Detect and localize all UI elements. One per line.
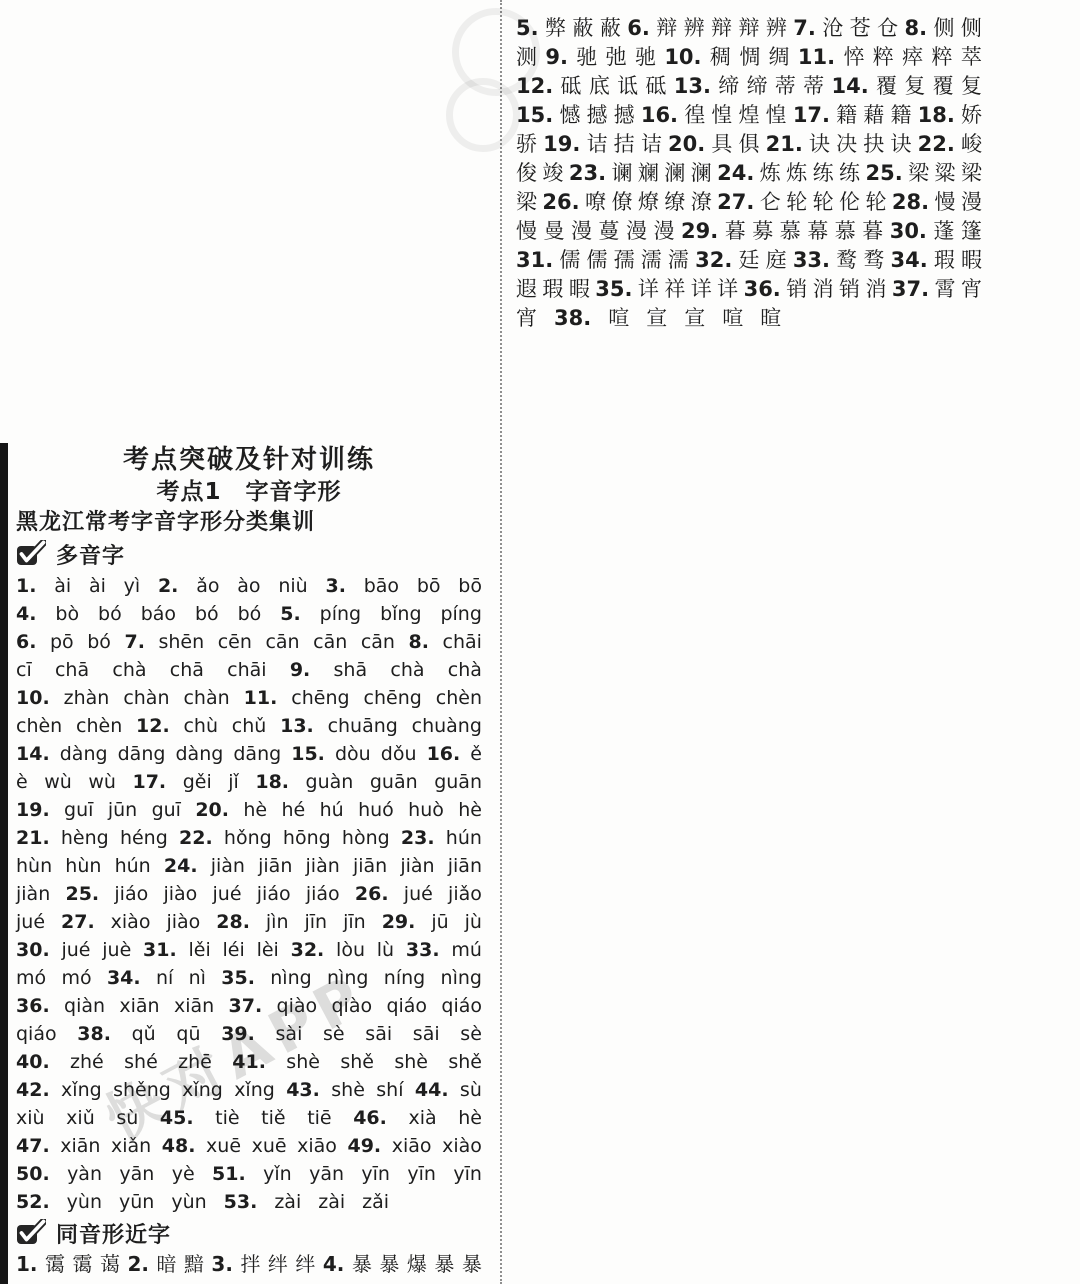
text-token: tiě	[261, 1104, 285, 1132]
item-number: 48.	[162, 1132, 196, 1160]
text-token: xǐng	[234, 1076, 275, 1104]
text-token: hǒng	[224, 824, 272, 852]
text-token: shā	[334, 656, 368, 684]
text-token: 拌	[240, 1250, 260, 1278]
text-token: xiāo	[297, 1132, 337, 1160]
text-token: yàn	[67, 1160, 102, 1188]
item-number: 43.	[286, 1076, 320, 1104]
text-token: hè	[458, 1104, 482, 1132]
text-token: yùn	[171, 1188, 206, 1216]
text-token: 稠	[710, 43, 731, 72]
text-token: 宵	[516, 304, 537, 333]
text-token: ào	[237, 572, 260, 600]
text-line: 测9.驰弛驰10.稠惆绸11.悴粹瘁粹萃	[516, 43, 982, 72]
item-number: 25.	[65, 880, 99, 908]
text-token: xǐng	[61, 1076, 102, 1104]
item-number: 11.	[244, 684, 278, 712]
text-token: 砥	[561, 72, 582, 101]
text-token: 宣	[684, 304, 705, 333]
text-token: 遐	[516, 275, 537, 304]
item-number: 27.	[717, 188, 754, 217]
text-token: hè	[458, 796, 482, 824]
text-token: 俱	[739, 130, 760, 159]
text-token: zhé	[70, 1048, 104, 1076]
text-token: nìng	[441, 964, 482, 992]
text-token: hùn	[16, 852, 52, 880]
text-token: chèn	[76, 712, 122, 740]
text-token: jiān	[258, 852, 292, 880]
item-number: 25.	[865, 159, 902, 188]
text-token: 霭	[45, 1250, 65, 1278]
text-token: 霭	[72, 1250, 92, 1278]
text-token: 诘	[587, 130, 608, 159]
left-column: 考点突破及针对训练 考点1 字音字形 黑龙江常考字音字形分类集训 多音字 1.à…	[16, 444, 482, 1278]
text-token: shě	[340, 1048, 374, 1076]
text-token: 谰	[611, 159, 632, 188]
text-token: 慕	[780, 217, 801, 246]
item-number: 33.	[793, 246, 830, 275]
item-number: 22.	[918, 130, 955, 159]
text-token: 篷	[961, 217, 982, 246]
item-number: 22.	[179, 824, 213, 852]
item-number: 4.	[16, 600, 36, 628]
item-number: 19.	[16, 796, 50, 824]
text-token: tiē	[307, 1104, 331, 1132]
item-number: 29.	[382, 908, 416, 936]
item-number: 33.	[406, 936, 440, 964]
text-token: tiè	[215, 1104, 239, 1132]
item-number: 5.	[516, 14, 539, 43]
item-number: 13.	[674, 72, 711, 101]
item-number: 31.	[516, 246, 553, 275]
text-line: xiùxiǔsù45.tiètiětiē46.xiàhè	[16, 1104, 482, 1132]
text-token: 辨	[766, 14, 787, 43]
text-token: nìng	[327, 964, 368, 992]
subsection-header-tongyin: 同音形近字	[16, 1216, 482, 1250]
item-number: 2.	[158, 572, 178, 600]
text-token: jīn	[305, 908, 328, 936]
text-token: bǐng	[380, 600, 421, 628]
item-number: 26.	[355, 880, 389, 908]
text-token: chāi	[227, 656, 266, 684]
text-token: 拮	[614, 130, 635, 159]
text-token: 籍	[890, 101, 911, 130]
item-number: 12.	[516, 72, 553, 101]
text-token: bó	[238, 600, 262, 628]
text-token: 详	[717, 275, 738, 304]
text-line: 1.霭霭蔼2.暗黯3.拌绊绊4.暴暴爆暴暴	[16, 1250, 482, 1278]
text-token: ài	[89, 572, 106, 600]
text-token: xiào	[111, 908, 151, 936]
section-header: 黑龙江常考字音字形分类集训	[16, 508, 482, 538]
text-line: jué27.xiàojiào28.jìnjīnjīn29.jūjù	[16, 908, 482, 936]
text-token: 燎	[638, 188, 659, 217]
text-line: 骄19.诘拮诘20.具俱21.诀决抉诀22.峻	[516, 130, 982, 159]
text-token: 霄	[935, 275, 956, 304]
item-number: 34.	[890, 246, 927, 275]
text-token: chèn	[436, 684, 482, 712]
text-token: juè	[102, 936, 131, 964]
text-token: 喧	[608, 304, 629, 333]
right-column: 5.弊蔽蔽6.辩辨辩辩辨7.沧苍仓8.侧侧测9.驰弛驰10.稠惆绸11.悴粹瘁粹…	[516, 14, 988, 333]
text-token: 诀	[809, 130, 830, 159]
text-token: shě	[448, 1048, 482, 1076]
text-token: jūn	[108, 796, 137, 824]
text-token: shěng	[113, 1076, 171, 1104]
item-number: 7.	[124, 628, 144, 656]
text-line: 梁26.嘹僚燎缭潦27.仑轮轮伦轮28.慢漫	[516, 188, 982, 217]
right-column-lines: 5.弊蔽蔽6.辩辨辩辩辨7.沧苍仓8.侧侧测9.驰弛驰10.稠惆绸11.悴粹瘁粹…	[516, 14, 982, 333]
text-token: nì	[189, 964, 206, 992]
text-token: 潦	[691, 188, 712, 217]
text-line: 12.砥底诋砥13.缔缔蒂蒂14.覆复覆复	[516, 72, 982, 101]
text-token: chēng	[291, 684, 349, 712]
text-token: 沧	[822, 14, 843, 43]
text-token: huò	[408, 796, 444, 824]
text-token: 漫	[571, 217, 592, 246]
item-number: 42.	[16, 1076, 50, 1104]
text-token: hú	[320, 796, 344, 824]
text-token: chàn	[183, 684, 229, 712]
text-token: 销	[839, 275, 860, 304]
text-token: bó	[87, 628, 111, 656]
item-number: 20.	[195, 796, 229, 824]
item-number: 46.	[353, 1104, 387, 1132]
text-token: shēn	[158, 628, 204, 656]
text-line: 30.juéjuè31.lěiléilèi32.lòulù33.mú	[16, 936, 482, 964]
text-token: xuē	[206, 1132, 241, 1160]
text-line: 52.yùnyūnyùn53.zàizàizǎi	[16, 1188, 482, 1216]
text-token: 仓	[877, 14, 898, 43]
text-token: jiān	[448, 852, 482, 880]
item-number: 13.	[280, 712, 314, 740]
text-token: 覆	[876, 72, 897, 101]
item-number: 27.	[61, 908, 95, 936]
text-token: 暗	[156, 1250, 176, 1278]
text-token: 廷	[739, 246, 760, 275]
item-number: 17.	[132, 768, 166, 796]
text-token: zǎi	[362, 1188, 389, 1216]
text-token: 底	[589, 72, 610, 101]
text-token: píng	[440, 600, 481, 628]
item-number: 32.	[695, 246, 732, 275]
text-token: 瑕	[542, 275, 563, 304]
text-token: xiù	[16, 1104, 45, 1132]
text-token: 驰	[576, 43, 597, 72]
text-token: 儒	[559, 246, 580, 275]
text-token: 慕	[835, 217, 856, 246]
text-line: 14.dàngdāngdàngdāng15.dòudǒu16.ě	[16, 740, 482, 768]
text-token: 决	[836, 130, 857, 159]
text-token: 暴	[462, 1250, 482, 1278]
item-number: 18.	[255, 768, 289, 796]
text-token: hùn	[65, 852, 101, 880]
text-token: qiào	[331, 992, 372, 1020]
text-token: jǐ	[228, 768, 239, 796]
text-token: 粹	[873, 43, 894, 72]
text-token: 缔	[718, 72, 739, 101]
text-token: 消	[865, 275, 886, 304]
text-token: 撼	[587, 101, 608, 130]
item-number: 5.	[280, 600, 300, 628]
item-number: 19.	[543, 130, 580, 159]
text-token: 测	[516, 43, 537, 72]
text-token: 鹜	[836, 246, 857, 275]
text-token: 伦	[839, 188, 860, 217]
text-token: niù	[278, 572, 307, 600]
text-token: jù	[465, 908, 482, 936]
text-token: 驰	[635, 43, 656, 72]
item-number: 11.	[798, 43, 835, 72]
text-token: jiàn	[306, 852, 340, 880]
item-number: 39.	[221, 1020, 255, 1048]
text-token: xiān	[119, 992, 159, 1020]
text-token: zài	[318, 1188, 345, 1216]
text-token: 轮	[786, 188, 807, 217]
text-token: 暮	[862, 217, 883, 246]
text-line: 5.弊蔽蔽6.辩辨辩辩辨7.沧苍仓8.侧侧	[516, 14, 982, 43]
text-line: hùnhùnhún24.jiànjiānjiànjiānjiànjiān	[16, 852, 482, 880]
text-token: mó	[61, 964, 91, 992]
text-token: 梁	[908, 159, 929, 188]
text-line: 15.憾撼撼16.徨惶煌惶17.籍藉籍18.娇	[516, 101, 982, 130]
text-token: 暴	[434, 1250, 454, 1278]
item-number: 44.	[415, 1076, 449, 1104]
text-token: xuē	[252, 1132, 287, 1160]
text-token: 暴	[379, 1250, 399, 1278]
text-token: jīn	[343, 908, 366, 936]
item-number: 3.	[211, 1250, 233, 1278]
text-token: 蔽	[600, 14, 621, 43]
item-number: 36.	[16, 992, 50, 1020]
text-token: ǎo	[196, 572, 219, 600]
text-token: 暇	[961, 246, 982, 275]
text-token: héng	[120, 824, 168, 852]
text-token: pō	[50, 628, 74, 656]
text-line: cīchāchàchāchāi9.shāchàchà	[16, 656, 482, 684]
item-number: 10.	[664, 43, 701, 72]
text-token: zhē	[178, 1048, 212, 1076]
text-token: 侧	[961, 14, 982, 43]
text-line: 31.儒儒孺濡濡32.廷庭33.鹜骛34.瑕暇	[516, 246, 982, 275]
text-token: 侧	[933, 14, 954, 43]
text-token: 俊	[516, 159, 537, 188]
item-number: 53.	[224, 1188, 258, 1216]
text-line: 4.bòbóbáobóbó5.píngbǐngpíng	[16, 600, 482, 628]
text-token: lěi	[189, 936, 211, 964]
text-token: shí	[376, 1076, 403, 1104]
text-line: qiáo38.qǔqū39.sàisèsāisāisè	[16, 1020, 482, 1048]
text-token: xiǎn	[111, 1132, 151, 1160]
text-token: chàn	[123, 684, 169, 712]
text-token: cēn	[218, 628, 252, 656]
text-token: 峻	[961, 130, 982, 159]
text-token: 嘹	[585, 188, 606, 217]
text-token: yān	[309, 1160, 344, 1188]
text-token: 骛	[863, 246, 884, 275]
text-token: 销	[786, 275, 807, 304]
item-number: 45.	[160, 1104, 194, 1132]
text-token: 惶	[766, 101, 787, 130]
text-token: 弛	[606, 43, 627, 72]
text-token: 斓	[638, 159, 659, 188]
text-token: 悴	[843, 43, 864, 72]
item-number: 37.	[229, 992, 263, 1020]
text-token: 煌	[739, 101, 760, 130]
text-token: xiān	[174, 992, 214, 1020]
text-token: 仑	[760, 188, 781, 217]
text-token: 宣	[646, 304, 667, 333]
text-token: báo	[141, 600, 176, 628]
text-line: èwùwù17.gěijǐ18.guànguānguān	[16, 768, 482, 796]
text-token: 具	[711, 130, 732, 159]
text-token: yīn	[453, 1160, 482, 1188]
text-token: xiào	[442, 1132, 482, 1160]
text-token: 诘	[641, 130, 662, 159]
text-token: 辩	[738, 14, 759, 43]
text-token: 轮	[865, 188, 886, 217]
item-number: 28.	[216, 908, 250, 936]
item-number: 6.	[16, 628, 36, 656]
text-line: 慢曼漫蔓漫漫29.暮募慕幕慕暮30.蓬篷	[516, 217, 982, 246]
text-token: 炼	[760, 159, 781, 188]
text-token: chà	[390, 656, 424, 684]
text-token: hèng	[61, 824, 109, 852]
text-token: 暄	[760, 304, 781, 333]
text-token: sāi	[365, 1020, 392, 1048]
text-token: jiáo	[306, 880, 340, 908]
text-token: 覆	[933, 72, 954, 101]
text-token: lù	[377, 936, 394, 964]
text-token: léi	[223, 936, 245, 964]
text-token: 骄	[516, 130, 537, 159]
text-token: 辨	[684, 14, 705, 43]
text-token: jiàn	[211, 852, 245, 880]
text-token: qiáo	[441, 992, 482, 1020]
text-token: lòu	[336, 936, 365, 964]
text-token: 抉	[863, 130, 884, 159]
text-token: 喧	[722, 304, 743, 333]
item-number: 21.	[766, 130, 803, 159]
item-number: 52.	[16, 1188, 50, 1216]
item-number: 41.	[232, 1048, 266, 1076]
text-token: 梁	[516, 188, 537, 217]
text-token: bó	[195, 600, 219, 628]
item-number: 16.	[641, 101, 678, 130]
text-token: chèn	[16, 712, 62, 740]
item-number: 7.	[793, 14, 816, 43]
pinyin-lines: 1.àiàiyì2.ǎoàoniù3.bāobōbō4.bòbóbáobóbó5…	[16, 572, 482, 1216]
text-token: bō	[458, 572, 482, 600]
text-token: 庭	[766, 246, 787, 275]
text-token: 黯	[184, 1250, 204, 1278]
text-token: shè	[394, 1048, 428, 1076]
text-line: 47.xiānxiǎn48.xuēxuēxiāo49.xiāoxiào	[16, 1132, 482, 1160]
text-token: níng	[384, 964, 425, 992]
text-token: jué	[16, 908, 45, 936]
item-number: 34.	[107, 964, 141, 992]
item-number: 24.	[717, 159, 754, 188]
text-token: cān	[313, 628, 347, 656]
text-token: ài	[54, 572, 71, 600]
text-token: ní	[156, 964, 173, 992]
text-token: dàng	[175, 740, 223, 768]
text-token: 漫	[654, 217, 675, 246]
text-token: 憾	[559, 101, 580, 130]
text-token: 粹	[931, 43, 952, 72]
text-token: hè	[243, 796, 267, 824]
text-line: 21.hènghéng22.hǒnghōnghòng23.hún	[16, 824, 482, 852]
text-token: dāng	[118, 740, 166, 768]
text-token: chà	[448, 656, 482, 684]
item-number: 50.	[16, 1160, 50, 1188]
text-token: 详	[691, 275, 712, 304]
item-number: 15.	[516, 101, 553, 130]
text-line: 1.àiàiyì2.ǎoàoniù3.bāobōbō	[16, 572, 482, 600]
text-token: 练	[813, 159, 834, 188]
text-token: 惆	[739, 43, 760, 72]
text-token: sù	[460, 1076, 482, 1104]
text-token: cī	[16, 656, 32, 684]
text-token: 撼	[614, 101, 635, 130]
tongyin-lines: 1.霭霭蔼2.暗黯3.拌绊绊4.暴暴爆暴暴	[16, 1250, 482, 1278]
subsection-header-duoyinzi: 多音字	[16, 538, 482, 570]
text-token: è	[16, 768, 28, 796]
text-token: chēng	[364, 684, 422, 712]
text-token: 暇	[569, 275, 590, 304]
text-token: jū	[431, 908, 448, 936]
text-token: 缔	[747, 72, 768, 101]
text-token: yì	[124, 572, 141, 600]
page-subtitle: 考点1 字音字形	[16, 476, 482, 508]
text-line: mómó34.nínì35.nìngnìngníngnìng	[16, 964, 482, 992]
text-token: bó	[98, 600, 122, 628]
text-token: hún	[446, 824, 482, 852]
item-number: 14.	[16, 740, 50, 768]
text-token: guān	[370, 768, 418, 796]
text-token: 濡	[668, 246, 689, 275]
text-token: dǒu	[381, 740, 417, 768]
text-token: hún	[115, 852, 151, 880]
text-token: chǔ	[232, 712, 267, 740]
text-token: jué	[404, 880, 433, 908]
text-token: 萃	[961, 43, 982, 72]
text-token: 蔽	[572, 14, 593, 43]
item-number: 32.	[291, 936, 325, 964]
text-token: mú	[451, 936, 482, 964]
text-token: 慢	[516, 217, 537, 246]
text-token: 练	[839, 159, 860, 188]
text-token: chāi	[443, 628, 482, 656]
text-token: jìn	[266, 908, 289, 936]
text-token: jué	[61, 936, 90, 964]
item-number: 35.	[221, 964, 255, 992]
text-token: 绸	[769, 43, 790, 72]
text-token: 籍	[836, 101, 857, 130]
text-token: 澜	[691, 159, 712, 188]
text-token: yān	[119, 1160, 154, 1188]
checkbox-icon	[16, 1219, 46, 1246]
text-token: chā	[55, 656, 89, 684]
text-token: hòng	[342, 824, 390, 852]
item-number: 20.	[668, 130, 705, 159]
text-token: ě	[470, 740, 482, 768]
text-token: 辩	[656, 14, 677, 43]
text-token: 粱	[935, 159, 956, 188]
text-token: qǔ	[132, 1020, 156, 1048]
item-number: 23.	[401, 824, 435, 852]
text-token: sāi	[413, 1020, 440, 1048]
